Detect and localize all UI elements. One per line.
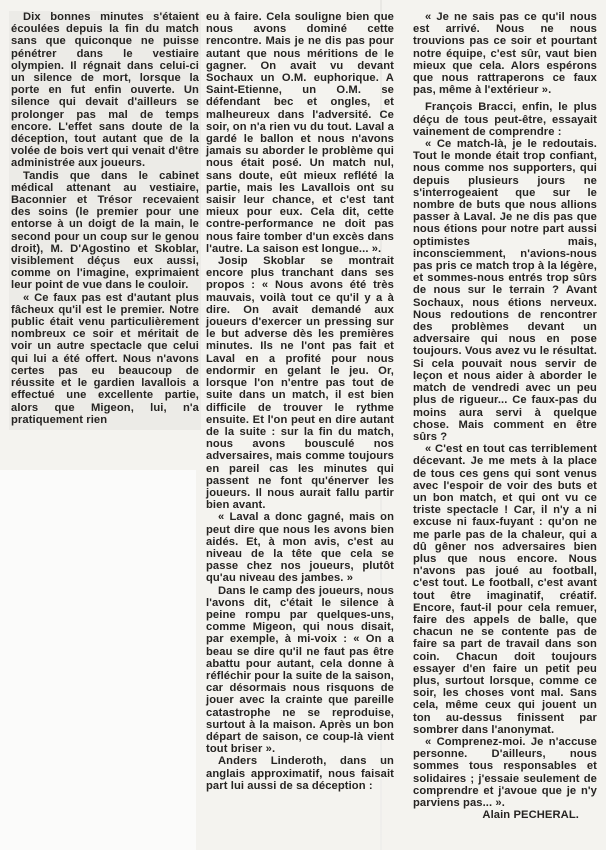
author-signature: Alain PECHERAL. xyxy=(413,809,597,821)
article-column-1: Dix bonnes minutes s'étaient écoulées de… xyxy=(9,11,201,430)
paragraph: « Comprenez-moi. Je n'accuse personne. D… xyxy=(413,736,597,809)
article-column-3: « Je ne sais pas ce qu'il nous est arriv… xyxy=(413,11,597,821)
paragraph: « Je ne sais pas ce qu'il nous est arriv… xyxy=(413,11,597,96)
paragraph: eu à faire. Cela souligne bien que nous … xyxy=(206,11,394,255)
paragraph: Anders Linderoth, dans un anglais approx… xyxy=(206,755,394,792)
paragraph: Tandis que dans le cabinet médical atten… xyxy=(11,170,199,292)
paragraph: Josip Skoblar se montrait encore plus tr… xyxy=(206,255,394,511)
paragraph: « Laval a donc gagné, mais on peut dire … xyxy=(206,511,394,584)
paragraph: Dans le camp des joueurs, nous l'avons d… xyxy=(206,585,394,756)
blank-paper-area xyxy=(0,470,196,850)
article-column-2: eu à faire. Cela souligne bien que nous … xyxy=(206,11,394,792)
paragraph: « Ce faux pas est d'autant plus fâcheux … xyxy=(11,292,199,426)
paragraph: « C'est en tout cas terriblement décevan… xyxy=(413,443,597,736)
paragraph: « Ce match-là, je le redoutais. Tout le … xyxy=(413,138,597,443)
paragraph: François Bracci, enfin, le plus déçu de … xyxy=(413,101,597,138)
paragraph: Dix bonnes minutes s'étaient écoulées de… xyxy=(11,11,199,170)
